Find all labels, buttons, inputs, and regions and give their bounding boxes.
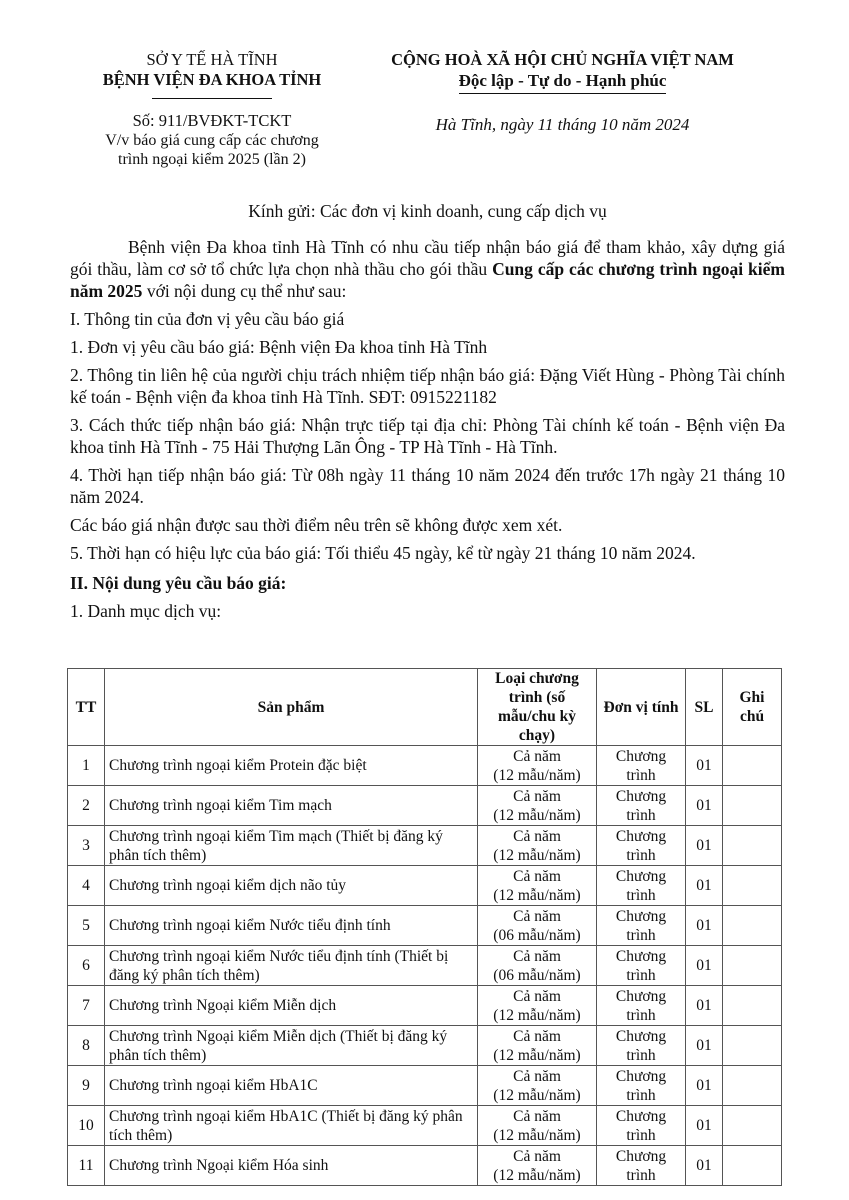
program-sample-count: (12 mẫu/năm) xyxy=(482,1086,592,1105)
cell-product: Chương trình ngoại kiểm Nước tiểu định t… xyxy=(105,946,478,986)
cell-unit: Chương trình xyxy=(597,1106,686,1146)
program-sample-count: (12 mẫu/năm) xyxy=(482,1006,592,1025)
national-header: CỘNG HOÀ XÃ HỘI CHỦ NGHĨA VIỆT NAM Độc l… xyxy=(340,50,785,135)
quote-validity: 5. Thời hạn có hiệu lực của báo giá: Tối… xyxy=(70,542,785,564)
section-2-title: II. Nội dung yêu cầu báo giá: xyxy=(70,572,785,594)
table-row: 3Chương trình ngoại kiểm Tim mạch (Thiết… xyxy=(68,826,782,866)
cell-tt: 1 xyxy=(68,746,105,786)
cell-note xyxy=(723,906,782,946)
cell-unit: Chương trình xyxy=(597,1026,686,1066)
cell-unit: Chương trình xyxy=(597,786,686,826)
cell-program-type: Cả năm(12 mẫu/năm) xyxy=(478,746,597,786)
program-period: Cả năm xyxy=(482,947,592,966)
cell-note xyxy=(723,866,782,906)
issuer-block: SỞ Y TẾ HÀ TĨNH BỆNH VIỆN ĐA KHOA TỈNH S… xyxy=(62,50,362,169)
cell-program-type: Cả năm(12 mẫu/năm) xyxy=(478,986,597,1026)
cell-quantity: 01 xyxy=(686,1106,723,1146)
cell-program-type: Cả năm(06 mẫu/năm) xyxy=(478,946,597,986)
program-sample-count: (06 mẫu/năm) xyxy=(482,966,592,985)
cell-quantity: 01 xyxy=(686,826,723,866)
table-row: 11Chương trình Ngoại kiểm Hóa sinhCả năm… xyxy=(68,1146,782,1186)
cell-quantity: 01 xyxy=(686,986,723,1026)
table-header-row: TT Sản phẩm Loại chương trình (số mẫu/ch… xyxy=(68,669,782,746)
subject-line-1: V/v báo giá cung cấp các chương xyxy=(62,131,362,150)
section-1-title: I. Thông tin của đơn vị yêu cầu báo giá xyxy=(70,308,785,330)
nation-title: CỘNG HOÀ XÃ HỘI CHỦ NGHĨA VIỆT NAM xyxy=(340,50,785,70)
cell-quantity: 01 xyxy=(686,1066,723,1106)
department-name: SỞ Y TẾ HÀ TĨNH xyxy=(62,50,362,70)
cell-quantity: 01 xyxy=(686,1146,723,1186)
cell-unit: Chương trình xyxy=(597,746,686,786)
submission-deadline: 4. Thời hạn tiếp nhận báo giá: Từ 08h ng… xyxy=(70,464,785,508)
table-row: 7Chương trình Ngoại kiểm Miễn dịchCả năm… xyxy=(68,986,782,1026)
document-body: Kính gửi: Các đơn vị kinh doanh, cung cấ… xyxy=(70,200,785,622)
cell-quantity: 01 xyxy=(686,946,723,986)
table-row: 2Chương trình ngoại kiểm Tim mạchCả năm(… xyxy=(68,786,782,826)
cell-note xyxy=(723,1146,782,1186)
table-row: 1Chương trình ngoại kiểm Protein đặc biệ… xyxy=(68,746,782,786)
header-note: Ghi chú xyxy=(723,669,782,746)
cell-quantity: 01 xyxy=(686,786,723,826)
cell-unit: Chương trình xyxy=(597,866,686,906)
cell-note xyxy=(723,1026,782,1066)
program-sample-count: (12 mẫu/năm) xyxy=(482,1046,592,1065)
cell-unit: Chương trình xyxy=(597,986,686,1026)
cell-tt: 4 xyxy=(68,866,105,906)
cell-product: Chương trình ngoại kiểm HbA1C (Thiết bị … xyxy=(105,1106,478,1146)
cell-program-type: Cả năm(12 mẫu/năm) xyxy=(478,1026,597,1066)
cell-unit: Chương trình xyxy=(597,1066,686,1106)
cell-program-type: Cả năm(12 mẫu/năm) xyxy=(478,1146,597,1186)
program-period: Cả năm xyxy=(482,1027,592,1046)
document-number: Số: 911/BVĐKT-TCKT xyxy=(62,111,362,131)
cell-note xyxy=(723,746,782,786)
program-period: Cả năm xyxy=(482,1067,592,1086)
requesting-unit: 1. Đơn vị yêu cầu báo giá: Bệnh viện Đa … xyxy=(70,336,785,358)
header-product: Sản phẩm xyxy=(105,669,478,746)
cell-product: Chương trình ngoại kiểm HbA1C xyxy=(105,1066,478,1106)
program-period: Cả năm xyxy=(482,907,592,926)
cell-tt: 7 xyxy=(68,986,105,1026)
program-sample-count: (06 mẫu/năm) xyxy=(482,926,592,945)
cell-program-type: Cả năm(12 mẫu/năm) xyxy=(478,826,597,866)
cell-program-type: Cả năm(12 mẫu/năm) xyxy=(478,1106,597,1146)
late-submission-note: Các báo giá nhận được sau thời điểm nêu … xyxy=(70,514,785,536)
cell-unit: Chương trình xyxy=(597,946,686,986)
header-tt: TT xyxy=(68,669,105,746)
table-row: 10Chương trình ngoại kiểm HbA1C (Thiết b… xyxy=(68,1106,782,1146)
cell-product: Chương trình Ngoại kiểm Miễn dịch (Thiết… xyxy=(105,1026,478,1066)
national-motto: Độc lập - Tự do - Hạnh phúc xyxy=(459,70,667,94)
hospital-name: BỆNH VIỆN ĐA KHOA TỈNH xyxy=(62,70,362,90)
intro-paragraph: Bệnh viện Đa khoa tỉnh Hà Tĩnh có nhu cầ… xyxy=(70,236,785,302)
program-sample-count: (12 mẫu/năm) xyxy=(482,766,592,785)
cell-note xyxy=(723,1106,782,1146)
cell-product: Chương trình Ngoại kiểm Hóa sinh xyxy=(105,1146,478,1186)
service-list-title: 1. Danh mục dịch vụ: xyxy=(70,600,785,622)
header-quantity: SL xyxy=(686,669,723,746)
header-program-type: Loại chương trình (số mẫu/chu kỳ chạy) xyxy=(478,669,597,746)
table-row: 5Chương trình ngoại kiểm Nước tiểu định … xyxy=(68,906,782,946)
document-page: SỞ Y TẾ HÀ TĨNH BỆNH VIỆN ĐA KHOA TỈNH S… xyxy=(0,0,849,1200)
cell-note xyxy=(723,986,782,1026)
program-sample-count: (12 mẫu/năm) xyxy=(482,1166,592,1185)
table-row: 8Chương trình Ngoại kiểm Miễn dịch (Thiế… xyxy=(68,1026,782,1066)
cell-note xyxy=(723,1066,782,1106)
cell-quantity: 01 xyxy=(686,866,723,906)
cell-tt: 9 xyxy=(68,1066,105,1106)
program-sample-count: (12 mẫu/năm) xyxy=(482,806,592,825)
cell-tt: 3 xyxy=(68,826,105,866)
document-date: Hà Tĩnh, ngày 11 tháng 10 năm 2024 xyxy=(340,114,785,135)
cell-tt: 2 xyxy=(68,786,105,826)
cell-product: Chương trình ngoại kiểm Tim mạch (Thiết … xyxy=(105,826,478,866)
contact-info: 2. Thông tin liên hệ của người chịu trác… xyxy=(70,364,785,408)
cell-product: Chương trình ngoại kiểm Tim mạch xyxy=(105,786,478,826)
program-period: Cả năm xyxy=(482,987,592,1006)
program-sample-count: (12 mẫu/năm) xyxy=(482,846,592,865)
cell-note xyxy=(723,786,782,826)
cell-program-type: Cả năm(06 mẫu/năm) xyxy=(478,906,597,946)
program-period: Cả năm xyxy=(482,867,592,886)
program-period: Cả năm xyxy=(482,1107,592,1126)
table-row: 6Chương trình ngoại kiểm Nước tiểu định … xyxy=(68,946,782,986)
service-table: TT Sản phẩm Loại chương trình (số mẫu/ch… xyxy=(67,668,782,1186)
cell-note xyxy=(723,826,782,866)
program-period: Cả năm xyxy=(482,747,592,766)
cell-tt: 8 xyxy=(68,1026,105,1066)
cell-product: Chương trình ngoại kiểm Protein đặc biệt xyxy=(105,746,478,786)
cell-unit: Chương trình xyxy=(597,1146,686,1186)
cell-program-type: Cả năm(12 mẫu/năm) xyxy=(478,786,597,826)
cell-product: Chương trình Ngoại kiểm Miễn dịch xyxy=(105,986,478,1026)
intro-tail: với nội dung cụ thể như sau: xyxy=(142,281,346,301)
cell-program-type: Cả năm(12 mẫu/năm) xyxy=(478,1066,597,1106)
program-period: Cả năm xyxy=(482,1147,592,1166)
table-row: 4Chương trình ngoại kiểm dịch não tủyCả … xyxy=(68,866,782,906)
cell-tt: 6 xyxy=(68,946,105,986)
header-unit: Đơn vị tính xyxy=(597,669,686,746)
cell-quantity: 01 xyxy=(686,906,723,946)
program-sample-count: (12 mẫu/năm) xyxy=(482,886,592,905)
issuer-divider xyxy=(152,98,272,99)
table-row: 9Chương trình ngoại kiểm HbA1CCả năm(12 … xyxy=(68,1066,782,1106)
cell-tt: 5 xyxy=(68,906,105,946)
addressee: Kính gửi: Các đơn vị kinh doanh, cung cấ… xyxy=(70,200,785,222)
cell-unit: Chương trình xyxy=(597,826,686,866)
program-period: Cả năm xyxy=(482,787,592,806)
cell-tt: 10 xyxy=(68,1106,105,1146)
cell-quantity: 01 xyxy=(686,746,723,786)
subject-line-2: trình ngoại kiểm 2025 (lần 2) xyxy=(62,150,362,169)
cell-tt: 11 xyxy=(68,1146,105,1186)
cell-note xyxy=(723,946,782,986)
cell-product: Chương trình ngoại kiểm dịch não tủy xyxy=(105,866,478,906)
program-period: Cả năm xyxy=(482,827,592,846)
cell-quantity: 01 xyxy=(686,1026,723,1066)
program-sample-count: (12 mẫu/năm) xyxy=(482,1126,592,1145)
submission-method: 3. Cách thức tiếp nhận báo giá: Nhận trự… xyxy=(70,414,785,458)
cell-product: Chương trình ngoại kiểm Nước tiểu định t… xyxy=(105,906,478,946)
cell-unit: Chương trình xyxy=(597,906,686,946)
cell-program-type: Cả năm(12 mẫu/năm) xyxy=(478,866,597,906)
